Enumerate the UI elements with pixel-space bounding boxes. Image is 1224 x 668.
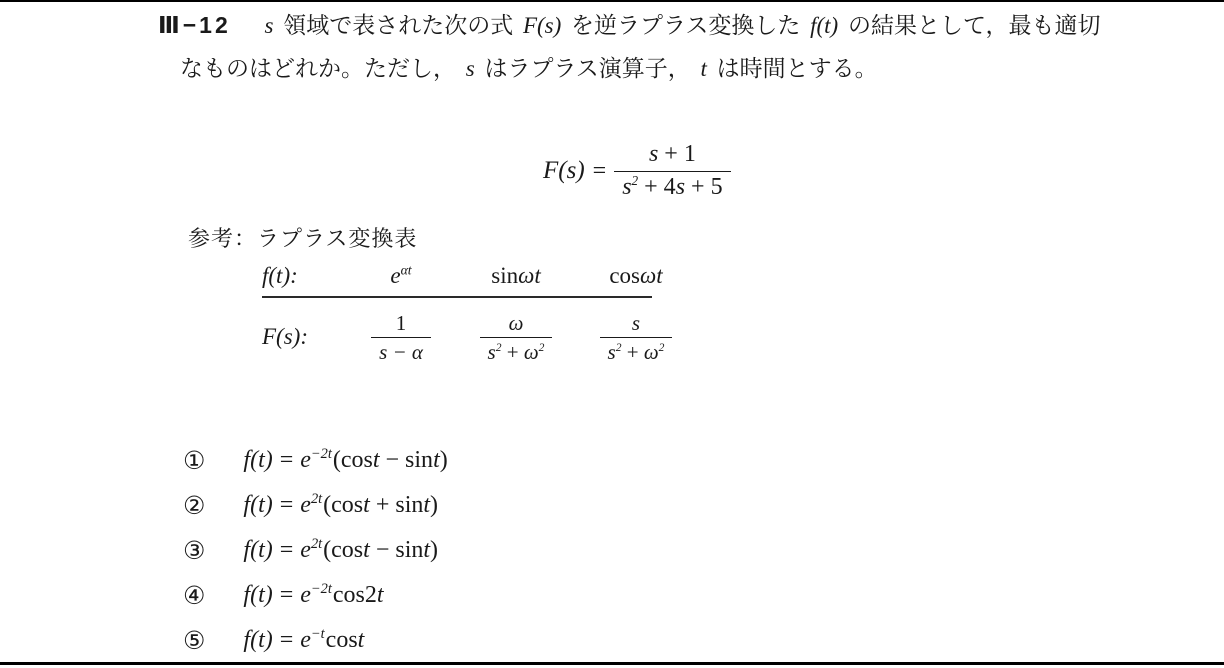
- cell-frac-1: 1 s − α: [371, 310, 431, 364]
- math-var-e: e: [300, 537, 311, 563]
- question-line-1: Ⅲ−12 s 領域で表された次の式 F(s) を逆ラプラス変換した f(t) の…: [158, 10, 1101, 41]
- table-rule: [262, 296, 652, 298]
- row-label-ft: f(t):: [262, 263, 298, 289]
- math-var-t: t: [363, 492, 370, 518]
- math-Fs: F(s): [523, 13, 561, 38]
- formula-lhs: F(s): [543, 157, 585, 185]
- fraction-denominator: s2 + ω2: [600, 337, 673, 364]
- math-var-e: e: [300, 627, 311, 653]
- math-var-e: e: [300, 582, 311, 608]
- math-text: + 1: [658, 141, 696, 167]
- math-fn: sin: [491, 263, 518, 288]
- question-text: なものはどれか。ただし，: [180, 56, 456, 81]
- table-caption: 参考：ラプラス変換表: [188, 222, 417, 253]
- math-fn: − sin: [370, 537, 424, 563]
- question-text: を逆ラプラス変換した: [571, 13, 800, 38]
- question-text: の結果として，最も適切: [848, 13, 1101, 38]
- fraction-denominator: s2 + 4s + 5: [614, 171, 730, 202]
- option-4-formula: f(t)=e−2tcos2t: [243, 582, 383, 609]
- option-4-number: ④: [183, 581, 205, 610]
- option-4: ④ f(t)=e−2tcos2t: [183, 573, 448, 618]
- fraction-numerator: s: [624, 311, 648, 337]
- math-var-t: t: [363, 537, 370, 563]
- option-3-formula: f(t)=e2t(cost − sint): [243, 537, 438, 564]
- cell-sin: sinωt: [491, 263, 540, 289]
- exponent: −2t: [311, 581, 332, 597]
- option-1-formula: f(t)=e−2t(cost − sint): [243, 447, 447, 474]
- math-var-s: s: [649, 141, 658, 167]
- question-text: 領域で表された次の式: [283, 13, 513, 38]
- exponent: 2: [659, 342, 665, 354]
- equals-sign: =: [280, 537, 294, 563]
- question-line-2: なものはどれか。ただし， s はラプラス演算子， t は時間とする。: [158, 54, 1101, 84]
- top-rule: [0, 0, 1224, 2]
- exponent: αt: [401, 262, 412, 277]
- laplace-table: f(t): eαt sinωt cosωt F(s): 1 s − α ω s2…: [262, 258, 700, 364]
- math-ft: f(t): [243, 582, 272, 608]
- math-ft: f(t): [243, 492, 272, 518]
- table-row-Fs: F(s): 1 s − α ω s2 + ω2 s s2 + ω2: [262, 310, 700, 364]
- math-text: +: [622, 340, 644, 364]
- math-var-s: s: [265, 13, 274, 38]
- option-2-formula: f(t)=e2t(cost + sint): [243, 492, 438, 519]
- cell-frac-2: ω s2 + ω2: [480, 310, 553, 364]
- option-5: ⑤ f(t)=e−tcost: [183, 618, 448, 663]
- math-fn: cos2: [333, 582, 377, 608]
- fraction: ω s2 + ω2: [480, 311, 553, 364]
- exponent: 2: [539, 342, 545, 354]
- row-label-Fs: F(s):: [262, 324, 308, 350]
- math-var-t: t: [358, 627, 365, 653]
- table-row-ft: f(t): eαt sinωt cosωt: [262, 258, 700, 294]
- math-var-s: s: [622, 174, 631, 200]
- math-fn: (cos: [333, 447, 373, 473]
- math-var-e: e: [300, 447, 311, 473]
- fraction-numerator: s + 1: [641, 141, 704, 171]
- option-3: ③ f(t)=e2t(cost − sint): [183, 528, 448, 573]
- math-text: ): [430, 492, 438, 518]
- equals-sign: =: [280, 582, 294, 608]
- fraction-numerator: 1: [388, 311, 415, 337]
- math-var-t: t: [433, 447, 440, 473]
- exponent: −t: [311, 626, 325, 642]
- option-5-formula: f(t)=e−tcost: [243, 627, 364, 654]
- question-block: Ⅲ−12 s 領域で表された次の式 F(s) を逆ラプラス変換した f(t) の…: [158, 10, 1101, 84]
- equals-sign: =: [280, 492, 294, 518]
- math-var-s: s: [608, 340, 616, 364]
- math-var-s: s: [488, 340, 496, 364]
- math-fn: (cos: [323, 492, 363, 518]
- math-var-omega: ω: [524, 340, 539, 364]
- option-2: ② f(t)=e2t(cost + sint): [183, 483, 448, 528]
- option-3-number: ③: [183, 536, 205, 565]
- option-1: ① f(t)=e−2t(cost − sint): [183, 438, 448, 483]
- formula-fraction: s + 1 s2 + 4s + 5: [614, 141, 730, 201]
- main-formula: F(s) = s + 1 s2 + 4s + 5: [543, 141, 731, 201]
- math-var-e: e: [390, 263, 400, 288]
- math-var-omega: ω: [644, 340, 659, 364]
- math-text: ): [440, 447, 448, 473]
- math-ft: f(t): [243, 447, 272, 473]
- math-var-s: s: [466, 56, 475, 81]
- math-fn: (cos: [323, 537, 363, 563]
- fraction-numerator: ω: [501, 311, 532, 337]
- math-fn: cos: [326, 627, 358, 653]
- math-var-t: t: [701, 56, 707, 81]
- option-1-number: ①: [183, 446, 205, 475]
- exam-page: Ⅲ−12 s 領域で表された次の式 F(s) を逆ラプラス変換した f(t) の…: [0, 0, 1224, 668]
- equals-sign: =: [280, 447, 294, 473]
- equals-sign: =: [593, 158, 607, 185]
- math-text: +: [502, 340, 524, 364]
- math-ft: f(t): [243, 627, 272, 653]
- math-text: + 5: [685, 174, 723, 200]
- answer-options: ① f(t)=e−2t(cost − sint) ② f(t)=e2t(cost…: [183, 438, 448, 663]
- exponent: 2t: [311, 536, 322, 552]
- fraction: 1 s − α: [371, 311, 431, 364]
- option-5-number: ⑤: [183, 626, 205, 655]
- math-var-t: t: [373, 447, 380, 473]
- question-text: はラプラス演算子，: [484, 56, 690, 81]
- math-fn: − sin: [380, 447, 434, 473]
- fraction: s s2 + ω2: [600, 311, 673, 364]
- math-var-t: t: [377, 582, 384, 608]
- bottom-rule: [0, 662, 1224, 665]
- math-fn: + sin: [370, 492, 424, 518]
- exponent: −2t: [311, 446, 332, 462]
- math-text: + 4: [638, 174, 676, 200]
- math-ft: f(t): [243, 537, 272, 563]
- option-2-number: ②: [183, 491, 205, 520]
- equals-sign: =: [280, 627, 294, 653]
- math-var-e: e: [300, 492, 311, 518]
- fraction-denominator: s2 + ω2: [480, 337, 553, 364]
- math-arg: ωt: [518, 263, 541, 288]
- math-arg: ωt: [640, 263, 663, 288]
- question-number: Ⅲ−12: [158, 12, 231, 38]
- math-fn: cos: [609, 263, 640, 288]
- cell-frac-3: s s2 + ω2: [600, 310, 673, 364]
- question-text: は時間とする。: [717, 56, 878, 81]
- math-ft: f(t): [810, 13, 838, 38]
- math-var-s: s: [676, 174, 685, 200]
- cell-exp: eαt: [390, 263, 411, 289]
- exponent: 2t: [311, 491, 322, 507]
- cell-cos: cosωt: [609, 263, 662, 289]
- math-text: ): [430, 537, 438, 563]
- fraction-denominator: s − α: [371, 337, 431, 364]
